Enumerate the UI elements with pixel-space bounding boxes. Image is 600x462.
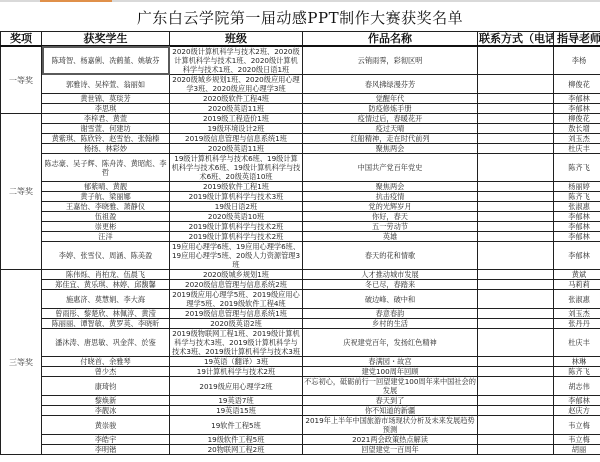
students-cell[interactable]: 陈志豪、吴子辉、陈舟涛、黄昭彪、李哲 <box>42 154 170 182</box>
table-row: 黄紫琪、陈欣铃、赵雪怡、张翰榛2019级信息管理与信息系统1班红船精神，走在时代… <box>1 134 600 144</box>
active-cell-indicator <box>40 0 112 2</box>
phone-cell[interactable] <box>478 290 554 309</box>
award-cell-third[interactable]: 三等奖 <box>1 270 42 455</box>
class-cell[interactable]: 2020级英语10班 <box>170 212 303 222</box>
class-cell[interactable]: 2019级工程造价1班 <box>170 114 303 124</box>
table-row: 曾少杰19计算机科学与技术2班建党100周年回顾陈齐飞 <box>1 367 600 377</box>
students-cell[interactable]: 曾雨彤、黎楚欣、林佩淳、黄滢 <box>42 309 170 319</box>
phone-cell[interactable] <box>478 75 554 94</box>
table-row: 郑佳宜、黄乐琪、林婷、邱馥馨2020级信息管理与信息系统2班冬已尽，春踏来马莉莉 <box>1 280 600 290</box>
table-row: 康琦钧2019级应用心理学2班不忘初心，砥砺前行一回望建党100周年来中国社会的… <box>1 377 600 396</box>
work-cell[interactable]: 防疫修炼手册 <box>303 104 478 114</box>
table-row: 郁紫晴、黄靓2019级软件工程1班聚焦两会杨丽婷 <box>1 182 600 192</box>
table-row: 陈志豪、吴子辉、陈舟涛、黄昭彪、李哲19级计算机科学与技术6班、19级计算机科学… <box>1 154 600 182</box>
students-cell[interactable]: 施惠济、莫慧娟、李大海 <box>42 290 170 309</box>
phone-cell[interactable] <box>478 406 554 416</box>
table-row: 黄子航、梁丽娜2019级计算机科学与技术3班抗击疫情陈齐飞 <box>1 192 600 202</box>
work-cell[interactable]: 2019年上半年中国旅游市场现状分析及未来发展趋势预测 <box>303 416 478 435</box>
students-cell[interactable]: 汪洋 <box>42 232 170 242</box>
teacher-cell[interactable]: 柳俊花 <box>554 114 600 124</box>
phone-cell[interactable] <box>478 309 554 319</box>
phone-cell[interactable] <box>478 154 554 182</box>
students-cell[interactable]: 郭雅诗、吴梓萱、翁丽如 <box>42 75 170 94</box>
table-row: 李皓宇19级软件工程5班2021两会政策热点解读韦立梅 <box>1 435 600 445</box>
work-cell[interactable]: 中国共产党百年党史 <box>303 154 478 182</box>
work-cell[interactable]: 英雄 <box>303 232 478 242</box>
class-cell[interactable]: 2019级信息管理与信息系统1班 <box>170 134 303 144</box>
students-cell[interactable]: 陈琦智、杨嘉俐、冼鹤堇、姚敏芬 <box>42 46 170 75</box>
teacher-cell[interactable]: 黄斌 <box>554 270 600 280</box>
teacher-cell[interactable]: 李郁林 <box>554 232 600 242</box>
students-cell[interactable]: 黄紫琪、陈欣铃、赵雪怡、张翰榛 <box>42 134 170 144</box>
work-cell[interactable]: 你好，春天 <box>303 212 478 222</box>
class-cell[interactable]: 2020级计算机科学与技术2班、2020级计算机科学与技术1班、2020级计算机… <box>170 46 303 75</box>
students-cell[interactable]: 杨扬、林彩妙 <box>42 144 170 154</box>
students-cell[interactable]: 陈丽丽、谭智敏、黄罗英、李晓昕 <box>42 319 170 329</box>
teacher-cell[interactable]: 李郁林 <box>554 242 600 270</box>
students-cell[interactable]: 李婷、张雪仪、周涵、陈美盈 <box>42 242 170 270</box>
teacher-cell[interactable]: 李郁林 <box>554 222 600 232</box>
teacher-cell[interactable]: 马莉莉 <box>554 280 600 290</box>
class-cell[interactable]: 2020级英语11班 <box>170 144 303 154</box>
phone-cell[interactable] <box>478 367 554 377</box>
class-cell[interactable]: 2019级信息管理与信息系统1班 <box>170 309 303 319</box>
class-cell[interactable]: 19英语15班 <box>170 406 303 416</box>
class-cell[interactable]: 19计算机科学与技术2班 <box>170 367 303 377</box>
students-cell[interactable]: 曾少杰 <box>42 367 170 377</box>
work-cell[interactable]: 疫过天晴 <box>303 124 478 134</box>
table-row: 黄世锦、莫琰芳2020级软件工程4班觉醒年代李郁林 <box>1 94 600 104</box>
teacher-cell[interactable]: 刘玉杰 <box>554 309 600 319</box>
phone-cell[interactable] <box>478 134 554 144</box>
class-cell[interactable]: 19英语7班 <box>170 396 303 406</box>
work-cell[interactable]: 红船精神，走在时代前列 <box>303 134 478 144</box>
teacher-cell[interactable]: 陈齐飞 <box>554 154 600 182</box>
table-row: 汪洋2019级计算机科学与技术2班英雄李郁林 <box>1 232 600 242</box>
students-cell[interactable]: 谢雪萱、何建坊 <box>42 124 170 134</box>
teacher-cell[interactable]: 李杨 <box>554 46 600 75</box>
class-cell[interactable]: 19软件工程5班 <box>170 416 303 435</box>
phone-cell[interactable] <box>478 270 554 280</box>
phone-cell[interactable] <box>478 192 554 202</box>
teacher-cell[interactable]: 杜庆丰 <box>554 329 600 357</box>
class-cell[interactable]: 19级软件工程5班 <box>170 435 303 445</box>
students-cell[interactable]: 黄世锦、莫琰芳 <box>42 94 170 104</box>
teacher-cell[interactable]: 杜庆丰 <box>554 144 600 154</box>
class-cell[interactable]: 19级日语2班 <box>170 202 303 212</box>
work-cell[interactable]: 春满园・故宫 <box>303 357 478 367</box>
students-cell[interactable]: 潘沐涛、唐思敏、巩金萍、於鉴 <box>42 329 170 357</box>
table-row: 三等奖陈伟烁、肖柏龙、伍晨飞2020级城乡规划1班人才推动城市发展黄斌 <box>1 270 600 280</box>
table-row: 二等奖李梓君、黄萱2019级工程造价1班疫情过后，春暖花开柳俊花 <box>1 114 600 124</box>
phone-cell[interactable] <box>478 104 554 114</box>
students-cell[interactable]: 李皓宇 <box>42 435 170 445</box>
students-cell[interactable]: 郑佳宜、黄乐琪、林婷、邱馥馨 <box>42 280 170 290</box>
sheet-top-border <box>0 0 600 2</box>
table-row: 潘沐涛、唐思敏、巩金萍、於鉴2019级物联网工程1班、2019级计算机科学与技术… <box>1 329 600 357</box>
teacher-cell[interactable]: 陈齐飞 <box>554 192 600 202</box>
teacher-cell[interactable]: 李郁林 <box>554 396 600 406</box>
work-cell[interactable]: 聚焦两会 <box>303 144 478 154</box>
work-cell[interactable]: 春意春韵 <box>303 309 478 319</box>
phone-cell[interactable] <box>478 357 554 367</box>
students-cell[interactable]: 付晓首、余雅琴 <box>42 357 170 367</box>
work-cell[interactable]: 五一劳动节 <box>303 222 478 232</box>
teacher-cell[interactable]: 杨丽婷 <box>554 182 600 192</box>
work-cell[interactable]: 庆祝建党百年，发扬红色精神 <box>303 329 478 357</box>
phone-cell[interactable] <box>478 416 554 435</box>
teacher-cell[interactable]: 刘玉杰 <box>554 134 600 144</box>
header-award[interactable]: 奖项 <box>1 32 42 47</box>
work-cell[interactable]: 冬已尽，春踏来 <box>303 280 478 290</box>
phone-cell[interactable] <box>478 202 554 212</box>
work-cell[interactable]: 破边峰、破中和 <box>303 290 478 309</box>
table-row: 李婷、张雪仪、周涵、陈美盈19应用心理学6班、19应用心理学6班、19应用心理学… <box>1 242 600 270</box>
teacher-cell[interactable]: 林琳 <box>554 357 600 367</box>
header-teacher[interactable]: 指导老师 <box>554 32 600 47</box>
work-cell[interactable]: 疫情过后，春暖花开 <box>303 114 478 124</box>
class-cell[interactable]: 2019级应用心理学5班、2019级应用心理学5班、2019级软件工程4班 <box>170 290 303 309</box>
teacher-cell[interactable]: 柳俊花 <box>554 75 600 94</box>
work-cell[interactable]: 抗击疫情 <box>303 192 478 202</box>
table-row: 王嘉怡、李晓雅、萧静仪19级日语2班党的光辉岁月张淑惠 <box>1 202 600 212</box>
table-row: 施惠济、莫慧娟、李大海2019级应用心理学5班、2019级应用心理学5班、201… <box>1 290 600 309</box>
award-table: 奖项 获奖学生 班级 作品名称 联系方式（电话） 指导老师 一等奖陈琦智、杨嘉俐… <box>0 31 600 455</box>
students-cell[interactable]: 李靓冰 <box>42 406 170 416</box>
phone-cell[interactable] <box>478 232 554 242</box>
class-cell[interactable]: 19英语（翻译）3班 <box>170 357 303 367</box>
class-cell[interactable]: 19应用心理学6班、19应用心理学6班、19应用心理学5班、20级人力资源管理3… <box>170 242 303 270</box>
class-cell[interactable]: 2019级计算机科学与技术3班 <box>170 192 303 202</box>
work-cell[interactable]: 聚焦两会 <box>303 182 478 192</box>
work-cell[interactable]: 春风拂绿漫芬芳 <box>303 75 478 94</box>
table-row: 杨扬、林彩妙2020级英语11班聚焦两会杜庆丰 <box>1 144 600 154</box>
phone-cell[interactable] <box>478 212 554 222</box>
students-cell[interactable]: 李梓君、黄萱 <box>42 114 170 124</box>
phone-cell[interactable] <box>478 46 554 75</box>
phone-cell[interactable] <box>478 319 554 329</box>
students-cell[interactable]: 黄崇骏 <box>42 416 170 435</box>
teacher-cell[interactable]: 韦立梅 <box>554 435 600 445</box>
class-cell[interactable]: 2019级计算机科学与技术2班 <box>170 222 303 232</box>
phone-cell[interactable] <box>478 124 554 134</box>
teacher-cell[interactable]: 赵庆方 <box>554 406 600 416</box>
sheet-title: 广东白云学院第一届动感PPT制作大赛获奖名单 <box>0 4 600 32</box>
phone-cell[interactable] <box>478 377 554 396</box>
work-cell[interactable]: 人才推动城市发展 <box>303 270 478 280</box>
phone-cell[interactable] <box>478 114 554 124</box>
teacher-cell[interactable]: 李郁林 <box>554 104 600 114</box>
phone-cell[interactable] <box>478 242 554 270</box>
teacher-cell[interactable]: 胡丽 <box>554 445 600 455</box>
students-cell[interactable]: 黎焕新 <box>42 396 170 406</box>
table-row: 崇更彬2019级计算机科学与技术2班五一劳动节李郁林 <box>1 222 600 232</box>
class-cell[interactable]: 19级环境设计2班 <box>170 124 303 134</box>
students-cell[interactable]: 康琦钧 <box>42 377 170 396</box>
class-cell[interactable]: 2019级软件工程1班 <box>170 182 303 192</box>
students-cell[interactable]: 伍祖盈 <box>42 212 170 222</box>
header-row: 奖项 获奖学生 班级 作品名称 联系方式（电话） 指导老师 <box>1 32 600 47</box>
class-cell[interactable]: 2019级计算机科学与技术2班 <box>170 232 303 242</box>
students-cell[interactable]: 王嘉怡、李晓雅、萧静仪 <box>42 202 170 212</box>
class-cell[interactable]: 2020级英语11班 <box>170 104 303 114</box>
table-row: 黄崇骏19软件工程5班2019年上半年中国旅游市场现状分析及未来发展趋势预测韦立… <box>1 416 600 435</box>
students-cell[interactable]: 郁紫晴、黄靓 <box>42 182 170 192</box>
teacher-cell[interactable]: 韦立梅 <box>554 416 600 435</box>
work-cell[interactable]: 党的光辉岁月 <box>303 202 478 212</box>
phone-cell[interactable] <box>478 222 554 232</box>
phone-cell[interactable] <box>478 329 554 357</box>
work-cell[interactable]: 云销雨霁，彩彻区明 <box>303 46 478 75</box>
teacher-cell[interactable]: 敖长增 <box>554 124 600 134</box>
award-cell-first[interactable]: 一等奖 <box>1 46 42 114</box>
teacher-cell[interactable]: 张淑惠 <box>554 202 600 212</box>
class-cell[interactable]: 2019级应用心理学2班 <box>170 377 303 396</box>
class-cell[interactable]: 2020级信息管理与信息系统2班 <box>170 280 303 290</box>
phone-cell[interactable] <box>478 445 554 455</box>
work-cell[interactable]: 2021两会政策热点解读 <box>303 435 478 445</box>
students-cell[interactable]: 李思琪 <box>42 104 170 114</box>
work-cell[interactable]: 建党100周年回顾 <box>303 367 478 377</box>
students-cell[interactable]: 陈伟烁、肖柏龙、伍晨飞 <box>42 270 170 280</box>
header-students[interactable]: 获奖学生 <box>42 32 170 47</box>
table-row: 陈丽丽、谭智敏、黄罗英、李晓昕2020级英语2班乡村的生活张丹丹 <box>1 319 600 329</box>
work-cell[interactable]: 你不知道的新疆 <box>303 406 478 416</box>
class-cell[interactable]: 2020级城乡规划1班、2020级应用心理学3班、2020级应用心理学3班 <box>170 75 303 94</box>
students-cell[interactable]: 李明锴 <box>42 445 170 455</box>
class-cell[interactable]: 19级计算机科学与技术6班、19级计算机科学与技术6班、19级计算机科学与技术6… <box>170 154 303 182</box>
table-row: 李明锴20物联网工程2班回望建党一百周年胡丽 <box>1 445 600 455</box>
work-cell[interactable]: 不忘初心，砥砺前行一回望建党100周年来中国社会的发展 <box>303 377 478 396</box>
work-cell[interactable]: 春天到了 <box>303 396 478 406</box>
class-cell[interactable]: 20物联网工程2班 <box>170 445 303 455</box>
table-row: 李思琪2020级英语11班防疫修炼手册李郁林 <box>1 104 600 114</box>
header-class[interactable]: 班级 <box>170 32 303 47</box>
table-row: 郭雅诗、吴梓萱、翁丽如2020级城乡规划1班、2020级应用心理学3班、2020… <box>1 75 600 94</box>
table-row: 黎焕新19英语7班春天到了李郁林 <box>1 396 600 406</box>
teacher-cell[interactable]: 李郁林 <box>554 212 600 222</box>
class-cell[interactable]: 2019级物联网工程1班、2019级计算机科学与技术3班、2019级计算机科学与… <box>170 329 303 357</box>
teacher-cell[interactable]: 张淑惠 <box>554 290 600 309</box>
work-cell[interactable]: 觉醒年代 <box>303 94 478 104</box>
table-row: 曾雨彤、黎楚欣、林佩淳、黄滢2019级信息管理与信息系统1班春意春韵刘玉杰 <box>1 309 600 319</box>
teacher-cell[interactable]: 张丹丹 <box>554 319 600 329</box>
table-row: 谢雪萱、何建坊19级环境设计2班疫过天晴敖长增 <box>1 124 600 134</box>
phone-cell[interactable] <box>478 144 554 154</box>
table-row: 一等奖陈琦智、杨嘉俐、冼鹤堇、姚敏芬2020级计算机科学与技术2班、2020级计… <box>1 46 600 75</box>
phone-cell[interactable] <box>478 94 554 104</box>
header-work[interactable]: 作品名称 <box>303 32 478 47</box>
class-cell[interactable]: 2020级城乡规划1班 <box>170 270 303 280</box>
class-cell[interactable]: 2020级英语2班 <box>170 319 303 329</box>
class-cell[interactable]: 2020级软件工程4班 <box>170 94 303 104</box>
work-cell[interactable]: 乡村的生活 <box>303 319 478 329</box>
students-cell[interactable]: 黄子航、梁丽娜 <box>42 192 170 202</box>
award-cell-second[interactable]: 二等奖 <box>1 114 42 270</box>
table-row: 付晓首、余雅琴19英语（翻译）3班春满园・故宫林琳 <box>1 357 600 367</box>
phone-cell[interactable] <box>478 396 554 406</box>
work-cell[interactable]: 春天的花和情歌 <box>303 242 478 270</box>
phone-cell[interactable] <box>478 182 554 192</box>
teacher-cell[interactable]: 李郁林 <box>554 94 600 104</box>
teacher-cell[interactable]: 陈齐飞 <box>554 367 600 377</box>
students-cell[interactable]: 崇更彬 <box>42 222 170 232</box>
work-cell[interactable]: 回望建党一百周年 <box>303 445 478 455</box>
header-phone[interactable]: 联系方式（电话） <box>478 32 554 47</box>
phone-cell[interactable] <box>478 280 554 290</box>
table-row: 伍祖盈2020级英语10班你好，春天李郁林 <box>1 212 600 222</box>
table-row: 李靓冰19英语15班你不知道的新疆赵庆方 <box>1 406 600 416</box>
phone-cell[interactable] <box>478 435 554 445</box>
teacher-cell[interactable]: 胡志伟 <box>554 377 600 396</box>
